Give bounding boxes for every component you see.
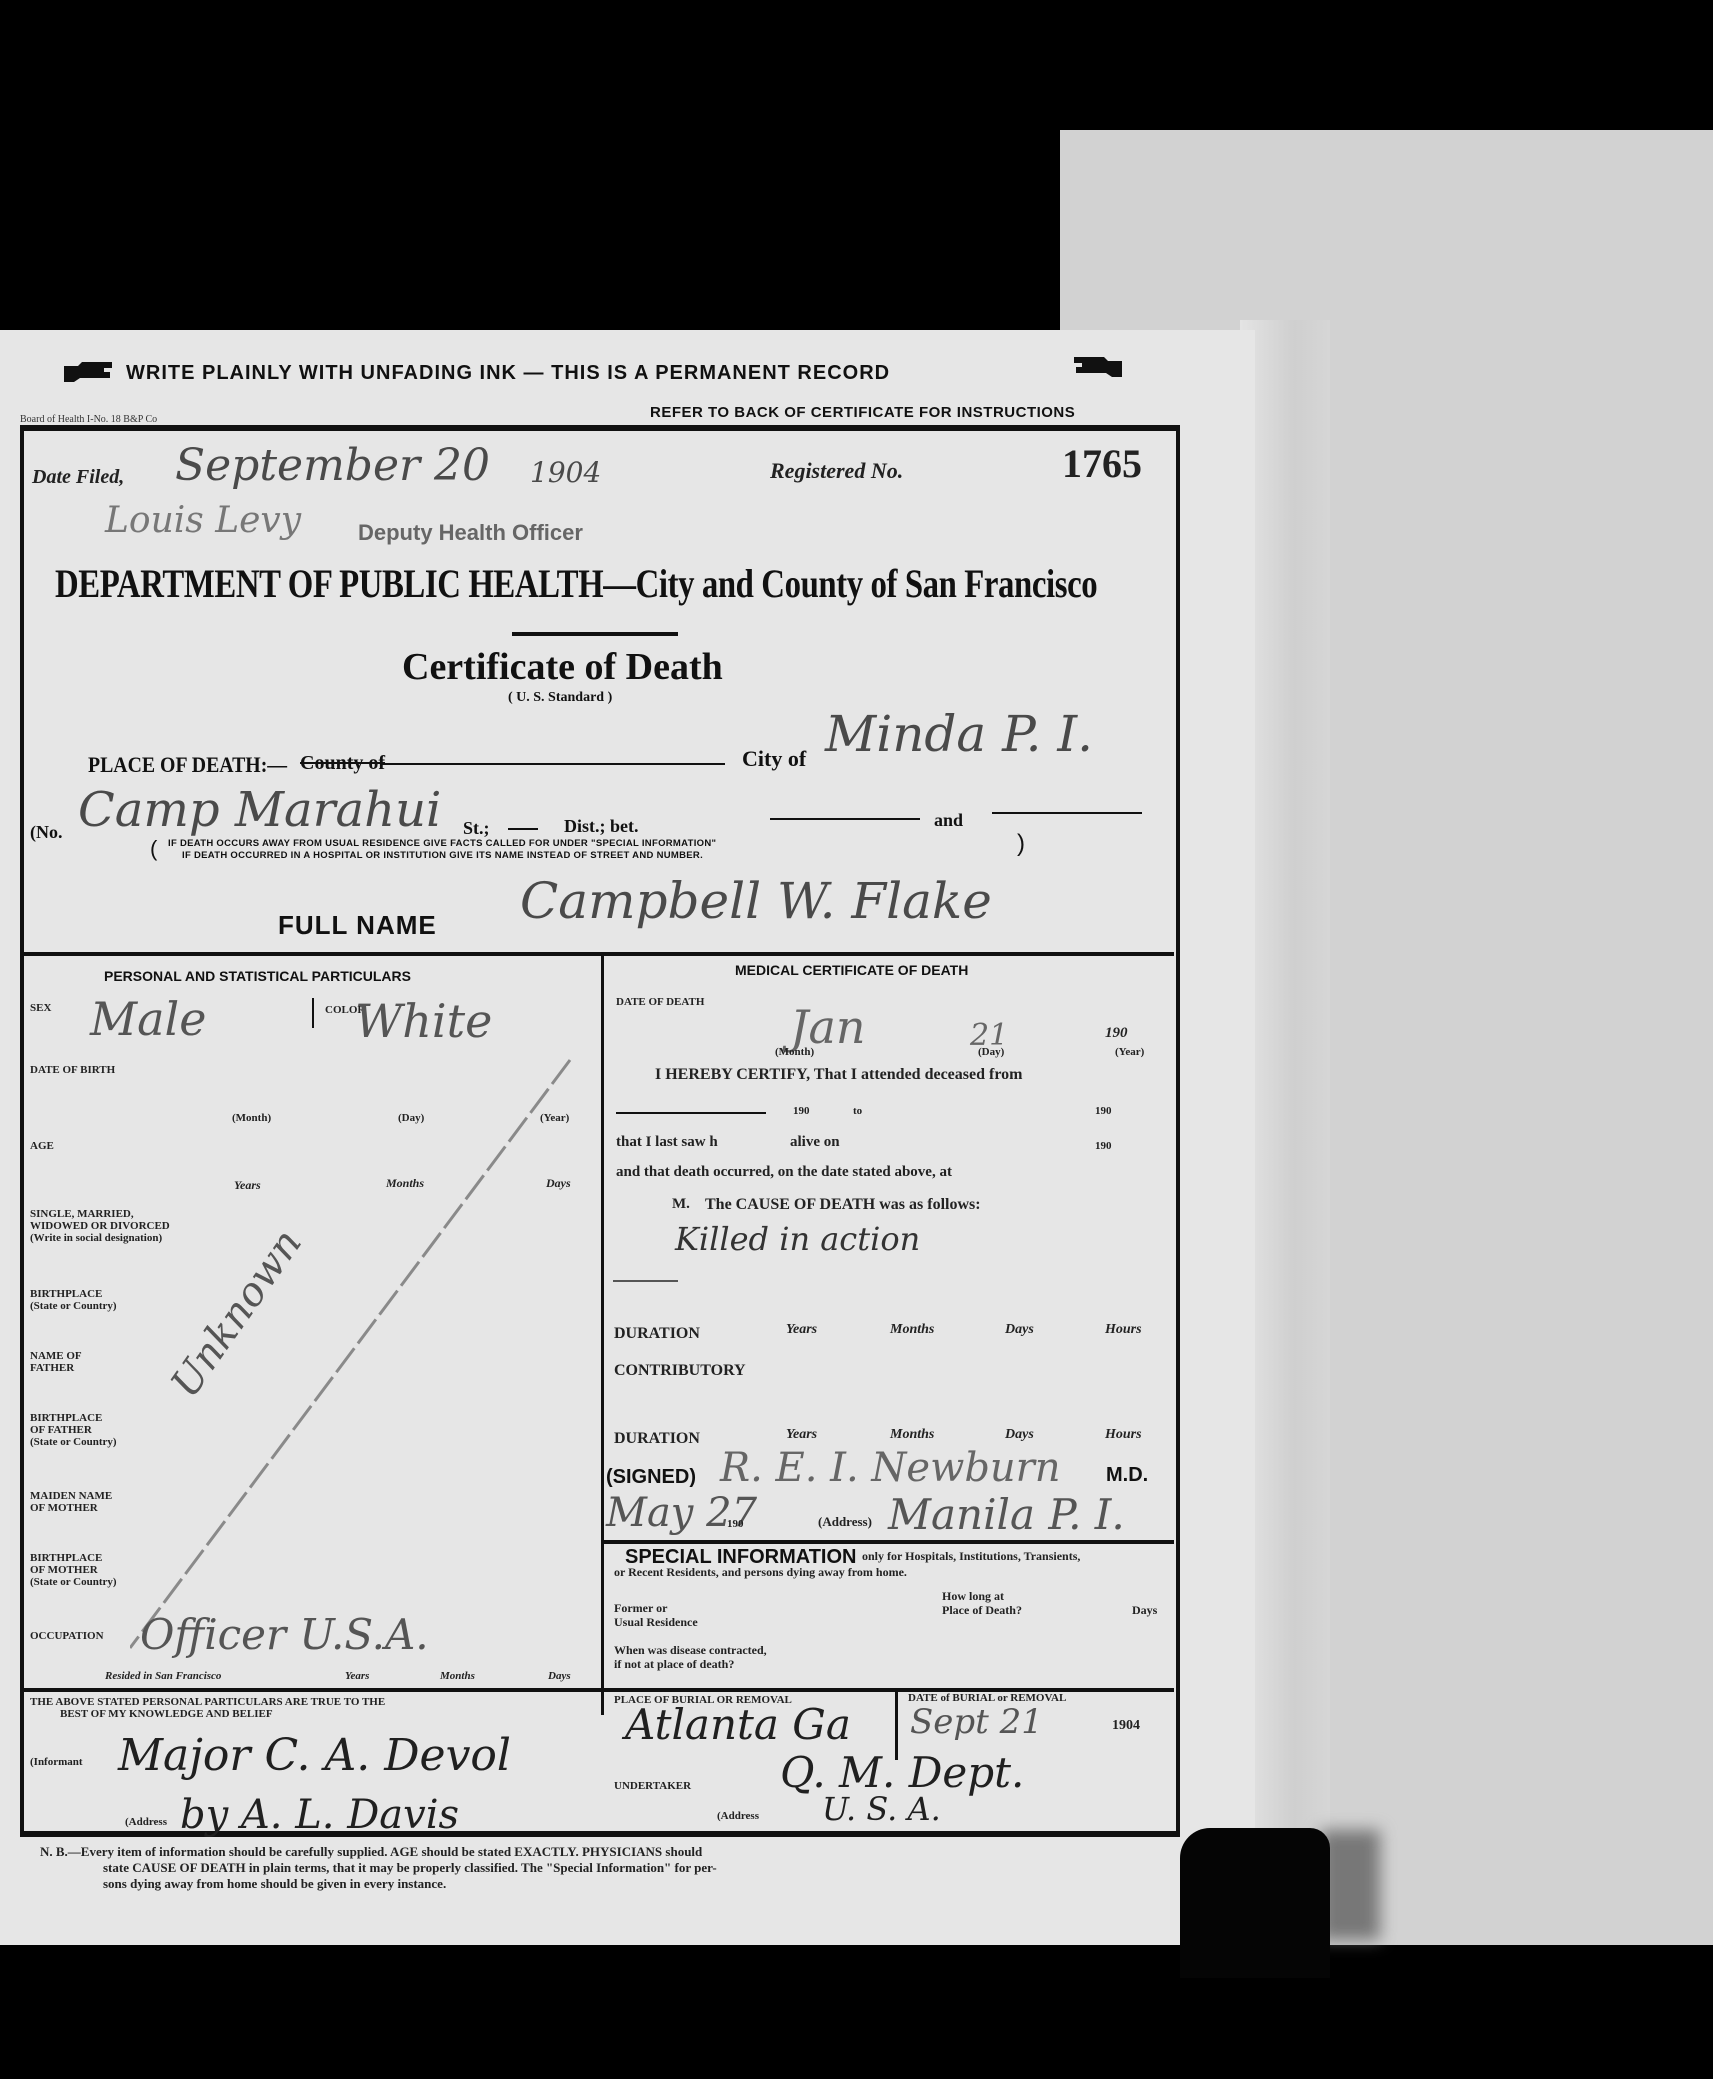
former-residence-label-1: Former or xyxy=(614,1602,667,1614)
form-number: Board of Health I-No. 18 B&P Co xyxy=(20,414,157,425)
contributory-months: Months xyxy=(890,1427,934,1443)
place-note-2: IF DEATH OCCURRED IN A HOSPITAL OR INSTI… xyxy=(182,850,703,861)
cause-line xyxy=(613,1280,678,1282)
contributory-label: CONTRIBUTORY xyxy=(614,1362,746,1380)
date-of-death-label: DATE OF DEATH xyxy=(616,996,704,1008)
address-no-label: (No. xyxy=(30,822,63,843)
father-birthplace-label-1: BIRTHPLACE xyxy=(30,1412,102,1424)
header-banner: WRITE PLAINLY WITH UNFADING INK — THIS I… xyxy=(126,362,890,385)
duration-hours: Hours xyxy=(1105,1322,1142,1338)
occupation-label: OCCUPATION xyxy=(30,1630,104,1642)
former-residence-label-2: Usual Residence xyxy=(614,1616,698,1628)
signed-year: 190 xyxy=(727,1518,744,1530)
informant-statement-2: BEST OF MY KNOWLEDGE AND BELIEF xyxy=(60,1708,273,1720)
mother-birthplace-label-3: (State or Country) xyxy=(30,1576,117,1588)
father-birthplace-label-3: (State or Country) xyxy=(30,1436,117,1448)
color-value[interactable]: White xyxy=(355,994,492,1048)
alive-on-label: alive on xyxy=(790,1134,840,1151)
place-note-1: IF DEATH OCCURS AWAY FROM USUAL RESIDENC… xyxy=(168,838,716,849)
officer-title: Deputy Health Officer xyxy=(358,520,583,546)
section-divider xyxy=(24,952,1174,956)
special-subtitle-1: only for Hospitals, Institutions, Transi… xyxy=(862,1550,1080,1562)
date-filed-year[interactable]: 1904 xyxy=(530,456,601,489)
cause-value[interactable]: Killed in action xyxy=(675,1220,920,1258)
md-label: M.D. xyxy=(1106,1464,1148,1487)
birthplace-label-2: (State or Country) xyxy=(30,1300,117,1312)
father-name-label-1: NAME OF xyxy=(30,1350,82,1362)
attended-to-year: 190 xyxy=(1095,1105,1112,1117)
informant-value[interactable]: Major C. A. Devol xyxy=(118,1730,511,1781)
physician-signature[interactable]: R. E. I. Newburn xyxy=(720,1445,1061,1491)
death-year-prefix: 190 xyxy=(1105,1025,1128,1042)
officer-signature[interactable]: Louis Levy xyxy=(105,500,301,541)
title-divider xyxy=(512,632,678,636)
special-subtitle-2: or Recent Residents, and persons dying a… xyxy=(614,1566,907,1578)
mother-name-label-1: MAIDEN NAME xyxy=(30,1490,112,1502)
burial-date-value[interactable]: Sept 21 xyxy=(910,1702,1043,1742)
column-divider xyxy=(601,955,604,1715)
duration-label: DURATION xyxy=(614,1325,700,1343)
district-label: Dist.; bet. xyxy=(564,816,639,837)
street-label: St.; xyxy=(463,818,490,839)
cause-label: The CAUSE OF DEATH was as follows: xyxy=(705,1196,981,1214)
certify-line: I HEREBY CERTIFY, That I attended deceas… xyxy=(655,1066,1022,1084)
death-month-label: (Month) xyxy=(775,1046,814,1058)
how-long-label-2: Place of Death? xyxy=(942,1604,1022,1616)
resided-years-label: Years xyxy=(345,1670,369,1682)
instructions-note: REFER TO BACK OF CERTIFICATE FOR INSTRUC… xyxy=(650,404,1075,421)
birthplace-label-1: BIRTHPLACE xyxy=(30,1288,102,1300)
death-year-label: (Year) xyxy=(1115,1046,1144,1058)
note-open-paren: ( xyxy=(150,836,157,862)
attended-from-year: 190 xyxy=(793,1105,810,1117)
alive-year: 190 xyxy=(1095,1140,1112,1152)
contracted-label-2: if not at place of death? xyxy=(614,1658,734,1670)
street-field[interactable] xyxy=(508,828,538,830)
how-long-label-1: How long at xyxy=(942,1590,1004,1602)
footer-note-3: sons dying away from home should be give… xyxy=(103,1878,446,1890)
city-label: City of xyxy=(742,746,806,772)
full-name-value[interactable]: Campbell W. Flake xyxy=(520,872,992,930)
occurred-line: and that death occurred, on the date sta… xyxy=(616,1164,952,1181)
contracted-label-1: When was disease contracted, xyxy=(614,1644,767,1656)
to-label: to xyxy=(853,1105,862,1117)
registered-label: Registered No. xyxy=(770,458,903,484)
father-birthplace-label-2: OF FATHER xyxy=(30,1424,92,1436)
undertaker-address-label: (Address xyxy=(717,1810,759,1822)
date-of-birth-label: DATE OF BIRTH xyxy=(30,1064,115,1076)
full-name-label: FULL NAME xyxy=(278,910,437,941)
resided-months-label: Months xyxy=(440,1670,475,1682)
scan-clip xyxy=(1180,1828,1330,1978)
pointing-hand-left-icon xyxy=(62,360,118,387)
death-day-label: (Day) xyxy=(978,1046,1004,1058)
informant-address-label: (Address xyxy=(125,1816,167,1828)
duration-days: Days xyxy=(1005,1322,1034,1338)
signed-address-label: (Address) xyxy=(818,1516,872,1528)
age-label: AGE xyxy=(30,1140,54,1152)
sex-color-divider xyxy=(312,998,314,1028)
last-saw-label: that I last saw h xyxy=(616,1134,718,1151)
contributory-duration-label: DURATION xyxy=(614,1430,700,1448)
county-label: County of xyxy=(300,752,385,775)
certificate-standard: ( U. S. Standard ) xyxy=(508,690,612,706)
personal-heading: PERSONAL AND STATISTICAL PARTICULARS xyxy=(104,968,411,984)
date-filed-value[interactable]: September 20 xyxy=(175,440,490,491)
scan-background-bottom xyxy=(0,1945,1713,2079)
contributory-hours: Hours xyxy=(1105,1427,1142,1443)
footer-note-1: N. B.—Every item of information should b… xyxy=(40,1846,702,1858)
resided-label: Resided in San Francisco xyxy=(105,1670,221,1682)
registered-number[interactable]: 1765 xyxy=(1062,440,1142,487)
department-title: DEPARTMENT OF PUBLIC HEALTH—City and Cou… xyxy=(55,560,1097,607)
address-no-value[interactable]: Camp Marahui xyxy=(78,782,441,838)
certificate-title: Certificate of Death xyxy=(402,645,723,689)
between-field-1[interactable] xyxy=(770,818,920,820)
mother-birthplace-label-1: BIRTHPLACE xyxy=(30,1552,102,1564)
occupation-value[interactable]: Officer U.S.A. xyxy=(140,1610,429,1659)
how-long-days-label: Days xyxy=(1132,1604,1157,1616)
date-filed-label: Date Filed, xyxy=(32,466,124,489)
between-field-2[interactable] xyxy=(992,812,1142,814)
county-field[interactable] xyxy=(380,763,725,765)
informant-statement-1: THE ABOVE STATED PERSONAL PARTICULARS AR… xyxy=(30,1696,385,1708)
attended-from-field[interactable] xyxy=(616,1112,766,1114)
marital-label-1: SINGLE, MARRIED, xyxy=(30,1208,134,1220)
place-of-death-label: PLACE OF DEATH:— xyxy=(88,752,287,778)
pointing-hand-right-icon xyxy=(1068,355,1124,382)
special-divider xyxy=(604,1540,1174,1544)
footer-note-2: state CAUSE OF DEATH in plain terms, tha… xyxy=(103,1862,717,1874)
informant-address-value[interactable]: by A. L. Davis xyxy=(180,1792,459,1838)
burial-place-value[interactable]: Atlanta Ga xyxy=(625,1700,851,1749)
mother-birthplace-label-2: OF MOTHER xyxy=(30,1564,98,1576)
signed-address-value[interactable]: Manila P. I. xyxy=(888,1490,1125,1539)
resided-days-label: Days xyxy=(548,1670,571,1682)
signed-label: (SIGNED) xyxy=(606,1466,696,1489)
duration-years: Years xyxy=(786,1322,817,1338)
undertaker-label: UNDERTAKER xyxy=(614,1780,691,1792)
contributory-years: Years xyxy=(786,1427,817,1443)
city-value[interactable]: Minda P. I. xyxy=(825,705,1093,763)
contributory-days: Days xyxy=(1005,1427,1034,1443)
mother-name-label-2: OF MOTHER xyxy=(30,1502,98,1514)
and-label: and xyxy=(934,810,963,831)
sex-value[interactable]: Male xyxy=(90,992,206,1046)
undertaker-address-value[interactable]: U. S. A. xyxy=(822,1790,941,1828)
m-label: M. xyxy=(672,1196,690,1213)
note-close-paren: ) xyxy=(1017,830,1025,858)
sex-label: SEX xyxy=(30,1002,51,1014)
duration-months: Months xyxy=(890,1322,934,1338)
burial-year: 1904 xyxy=(1112,1720,1140,1732)
medical-heading: MEDICAL CERTIFICATE OF DEATH xyxy=(735,962,968,978)
father-name-label-2: FATHER xyxy=(30,1362,74,1374)
informant-label: (Informant xyxy=(30,1756,83,1768)
